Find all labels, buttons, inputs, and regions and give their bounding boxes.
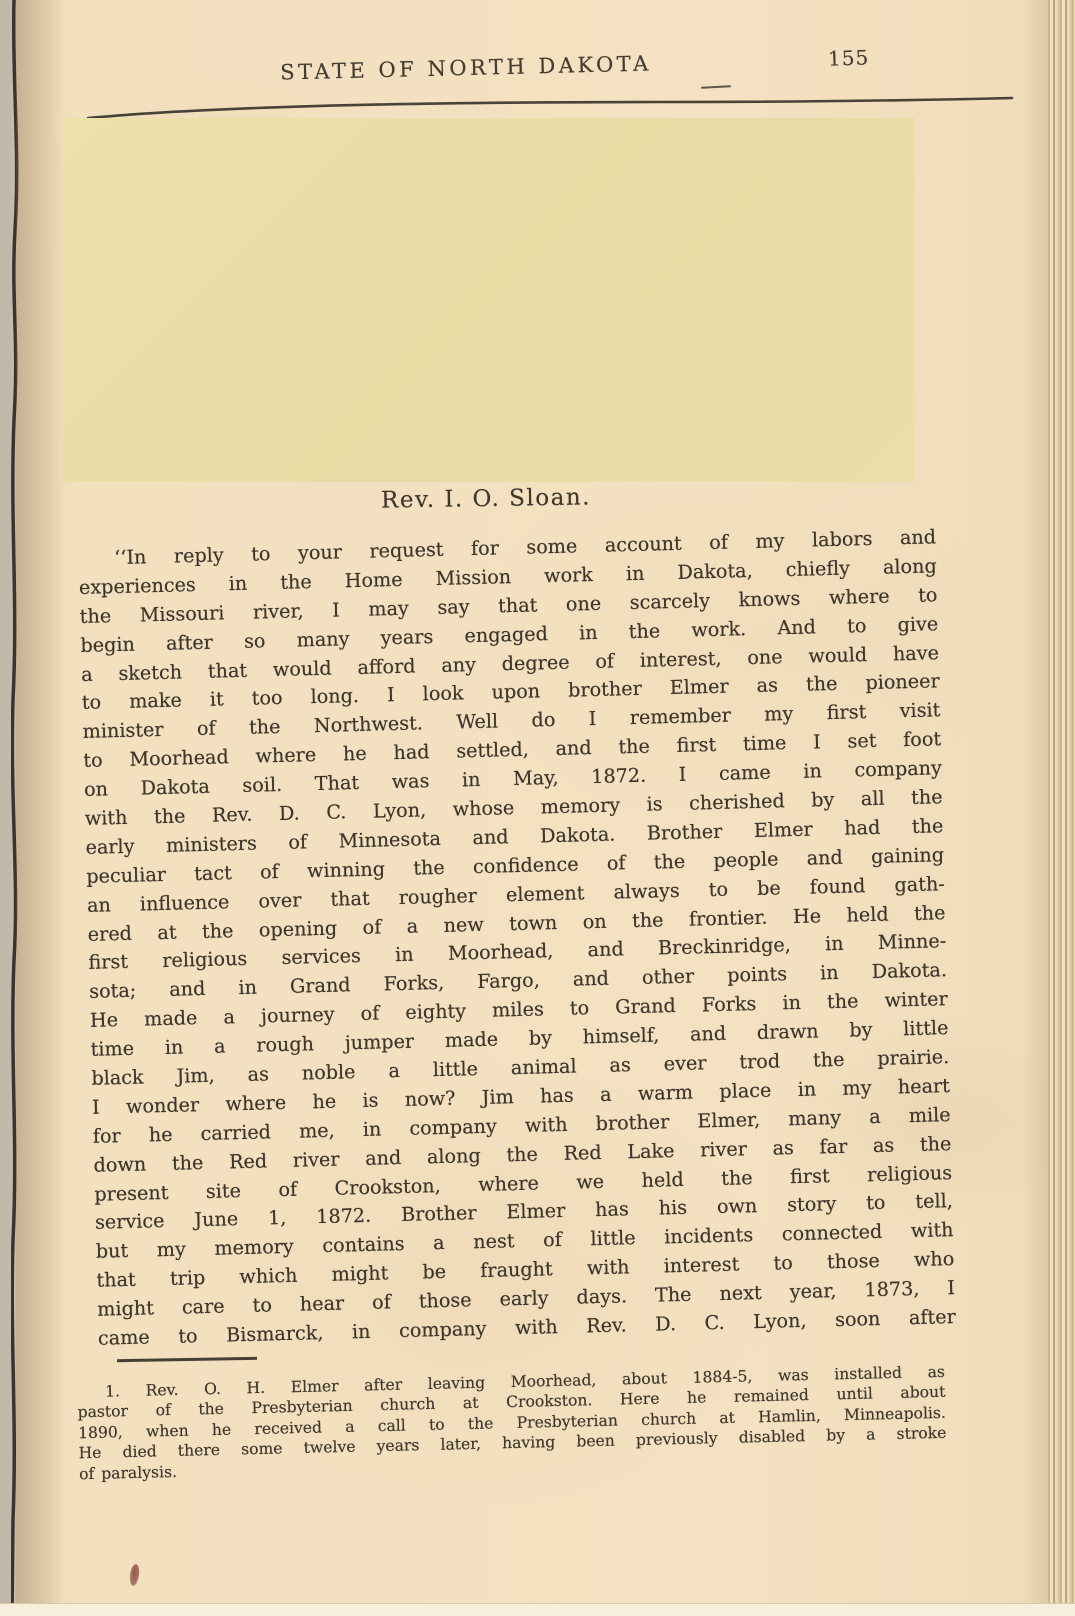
page-bottom-edge [0, 1603, 1075, 1616]
blanked-illustration [62, 118, 915, 482]
body-paragraph: ‘‘In reply to your request for some acco… [78, 523, 956, 1353]
page-edge-shadow [1022, 0, 1048, 1604]
footnote: 1. Rev. O. H. Elmer after leaving Moorhe… [77, 1362, 947, 1484]
page-torn-edge [0, 0, 30, 1616]
page-number: 155 [828, 45, 870, 70]
book-page-edges [1048, 0, 1075, 1604]
